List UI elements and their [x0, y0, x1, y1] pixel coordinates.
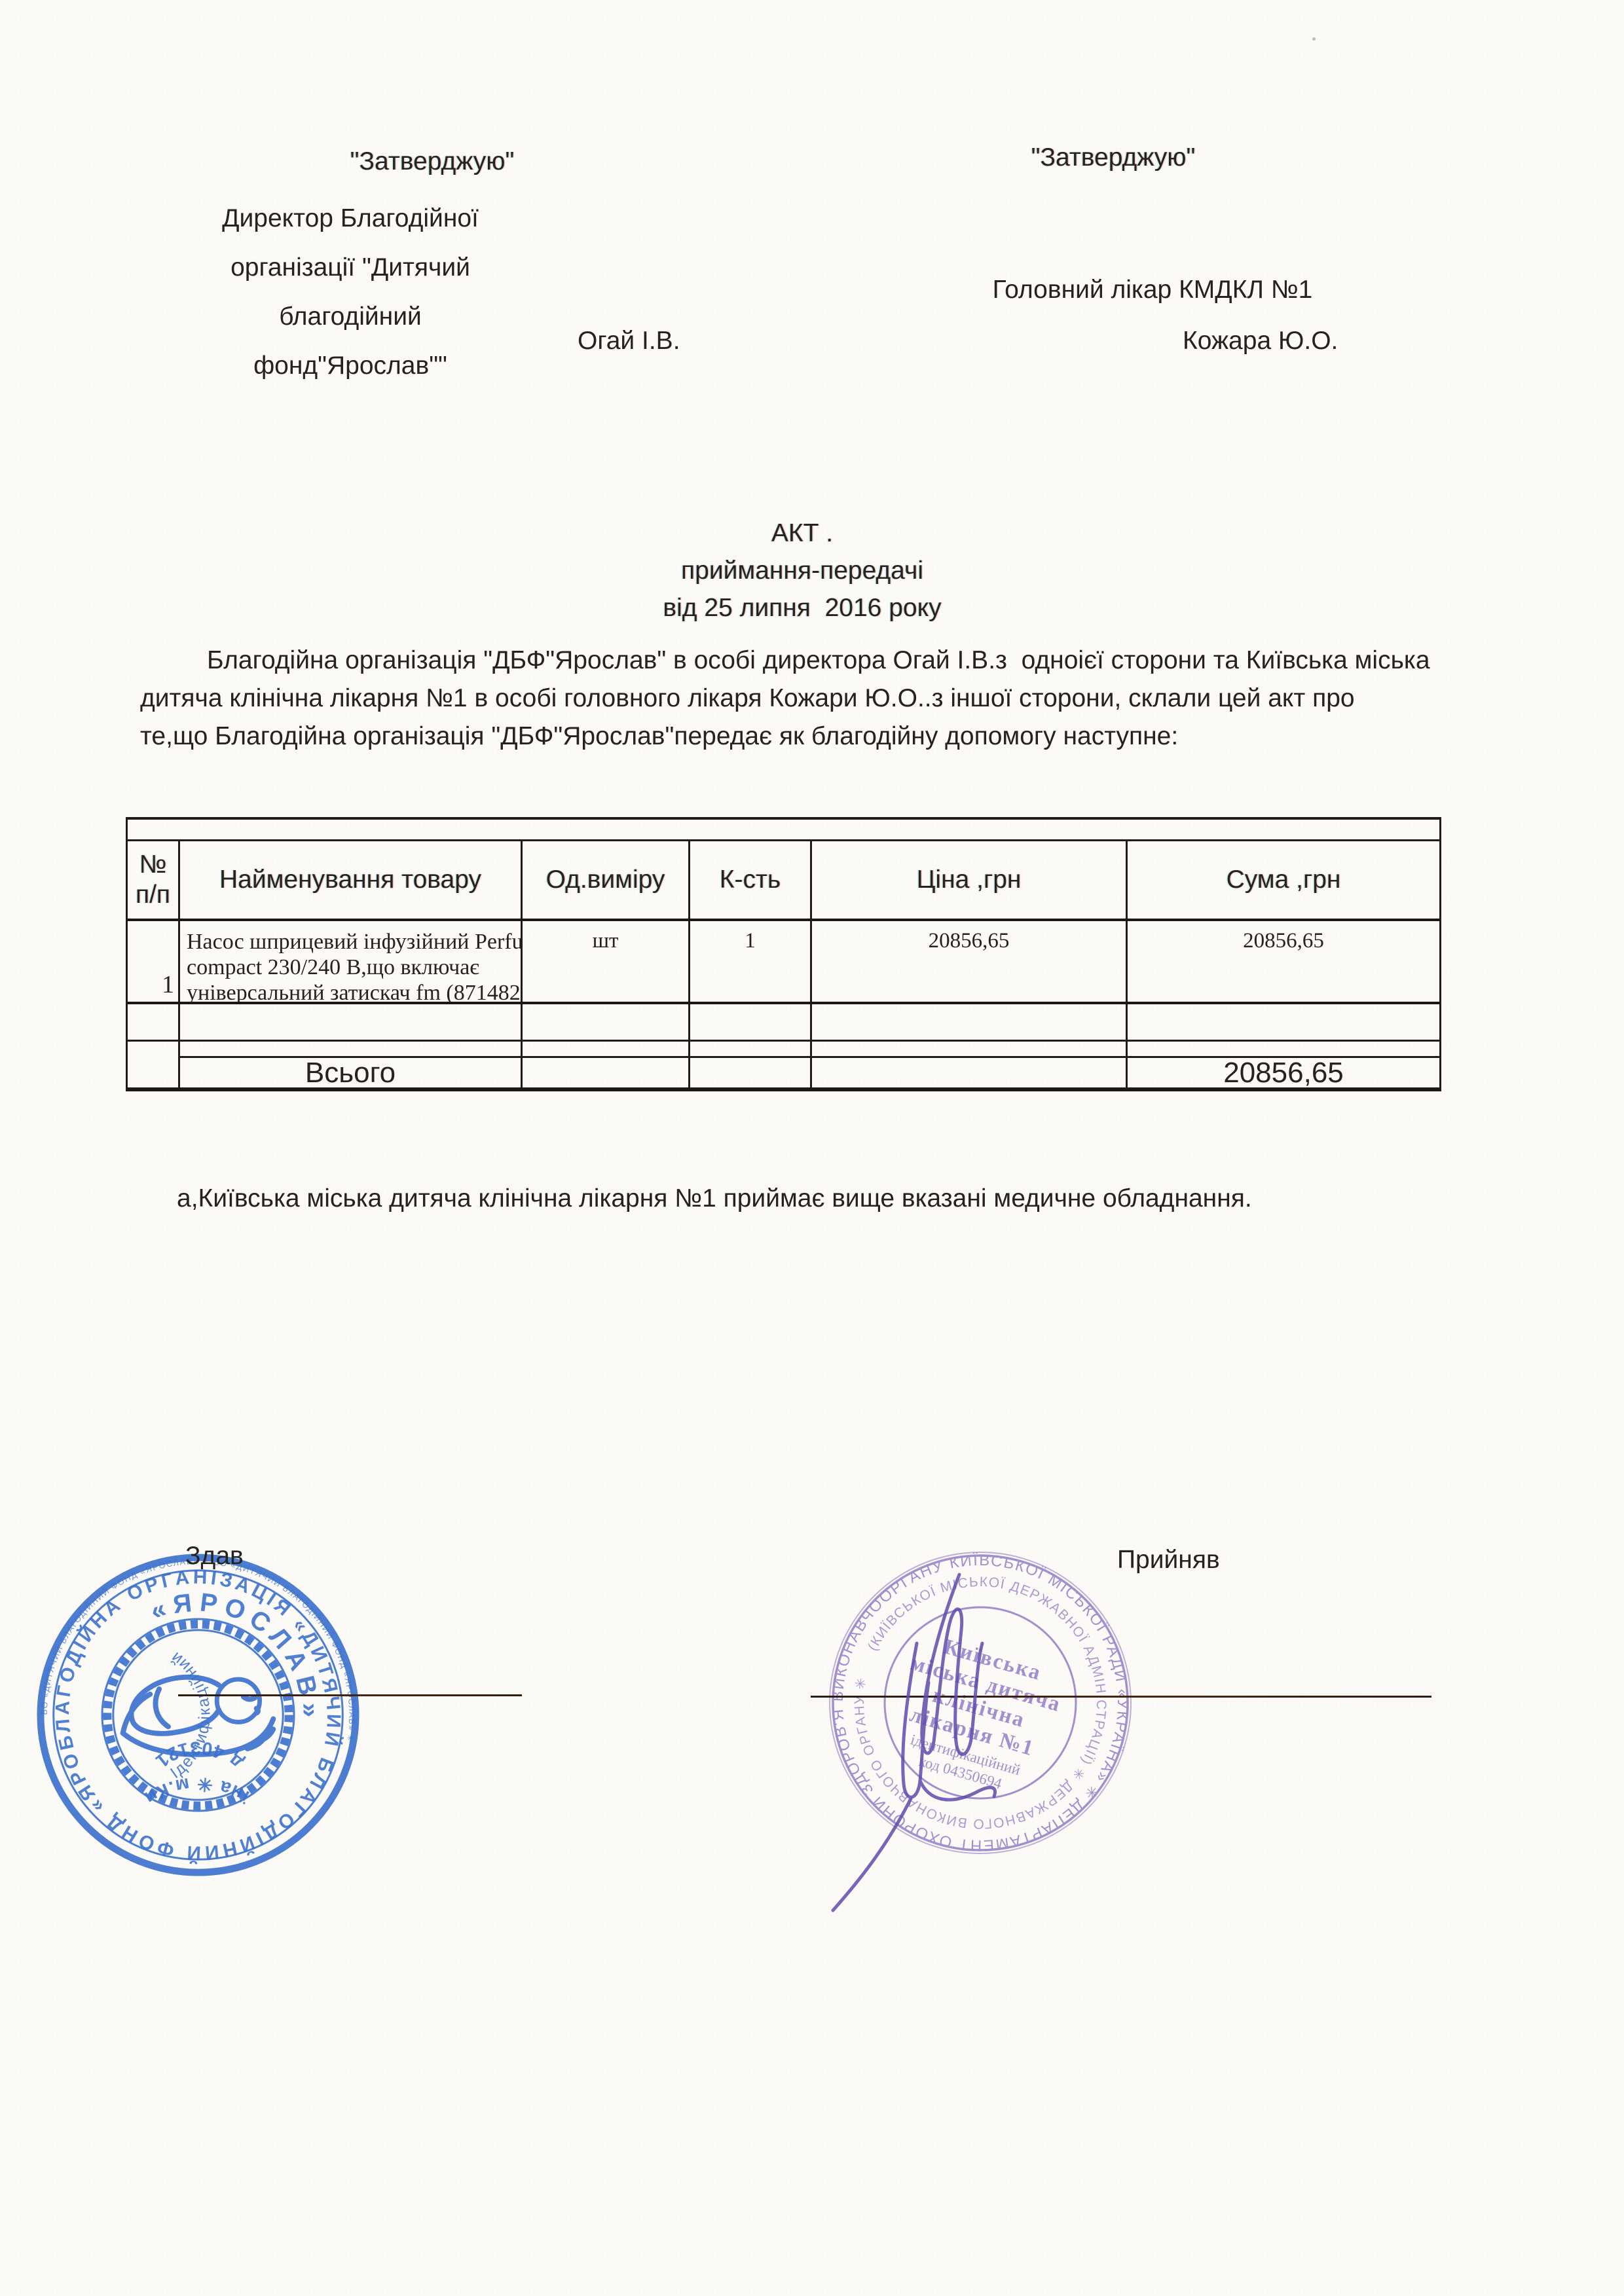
- approval-left-org: Директор Благодійної організації "Дитячи…: [154, 194, 547, 390]
- given-label: Здав: [185, 1537, 244, 1575]
- table-total-block: Всього 20856,65: [128, 1040, 1439, 1091]
- table-row: 1 Насос шприцевий інфузійний Perfusor co…: [128, 919, 1439, 1002]
- item-name-line: compact 230/240 В,що включає: [187, 955, 517, 980]
- row-qty: 1: [690, 921, 812, 1002]
- scanned-act-document: "Затверджую" Директор Благодійної органі…: [0, 0, 1624, 2296]
- approval-right-title: Головний лікар КМДКЛ №1: [969, 271, 1336, 308]
- header-qty: К-сть: [690, 841, 812, 919]
- item-name-line: універсальний затискач fm (8714827): [187, 980, 517, 1002]
- signature-line-left: [178, 1694, 522, 1696]
- header-num-line1: №: [139, 850, 167, 880]
- intro-line: дитяча клінічна лікарня №1 в особі голов…: [140, 680, 1430, 718]
- header-num: № п/п: [128, 841, 180, 919]
- row-item-name: Насос шприцевий інфузійний Perfusor comp…: [180, 921, 523, 1002]
- total-label: Всього: [180, 1058, 523, 1087]
- approval-left-org-line: Директор Благодійної: [154, 194, 547, 243]
- header-sum: Сума ,грн: [1128, 841, 1439, 919]
- total-value: 20856,65: [1128, 1058, 1439, 1087]
- approval-left-name: Огай І.В.: [578, 322, 680, 359]
- title-line-2: приймання-передачі: [475, 552, 1130, 589]
- intro-line: те,що Благодійна організація "ДБФ"Яросла…: [140, 718, 1430, 756]
- row-sum: 20856,65: [1128, 921, 1439, 1002]
- approval-left-org-line: благодійний: [154, 292, 547, 341]
- row-price: 20856,65: [812, 921, 1128, 1002]
- table-header-row: № п/п Найменування товару Од.виміру К-ст…: [128, 839, 1439, 919]
- signature-stroke: [753, 1525, 1211, 1918]
- approval-right-name: Кожара Ю.О.: [1183, 322, 1338, 359]
- header-price: Ціна ,грн: [812, 841, 1128, 919]
- approval-left-org-line: організації "Дитячий: [154, 243, 547, 292]
- header-unit: Од.виміру: [523, 841, 690, 919]
- title-line-1: АКТ .: [475, 515, 1130, 552]
- document-title: АКТ . приймання-передачі від 25 липня 20…: [475, 515, 1130, 627]
- total-spacer-row: [180, 1042, 1439, 1056]
- acceptance-text: а,Київська міська дитяча клінічна лікарн…: [177, 1180, 1252, 1217]
- row-num: 1: [128, 921, 180, 1002]
- header-name: Найменування товару: [180, 841, 523, 919]
- header-num-line2: п/п: [136, 880, 170, 910]
- approval-left-quote: "Затверджую": [282, 143, 583, 180]
- table-empty-row: [128, 1002, 1439, 1040]
- item-name-line: Насос шприцевий інфузійний Perfusor: [187, 929, 517, 955]
- intro-paragraph: Благодійна організація "ДБФ"Ярослав" в о…: [140, 642, 1430, 756]
- table-top-strip: [128, 817, 1439, 839]
- title-line-3: від 25 липня 2016 року: [475, 589, 1130, 627]
- goods-table: № п/п Найменування товару Од.виміру К-ст…: [126, 817, 1441, 1091]
- total-row: Всього 20856,65: [180, 1056, 1439, 1087]
- approval-left-org-line: фонд"Ярослав"": [154, 341, 547, 390]
- row-unit: шт: [523, 921, 690, 1002]
- intro-line: Благодійна організація "ДБФ"Ярослав" в о…: [140, 642, 1430, 680]
- approval-right-quote: "Затверджую": [963, 139, 1264, 176]
- scan-speck: [1312, 37, 1316, 41]
- total-num-cell: [128, 1042, 180, 1087]
- charity-stamp: БО «ДИТЯЧИЙ БЛАГОДІЙНИЙ ФОНД «ЯРОСЛАВ» ✳…: [36, 1553, 360, 1877]
